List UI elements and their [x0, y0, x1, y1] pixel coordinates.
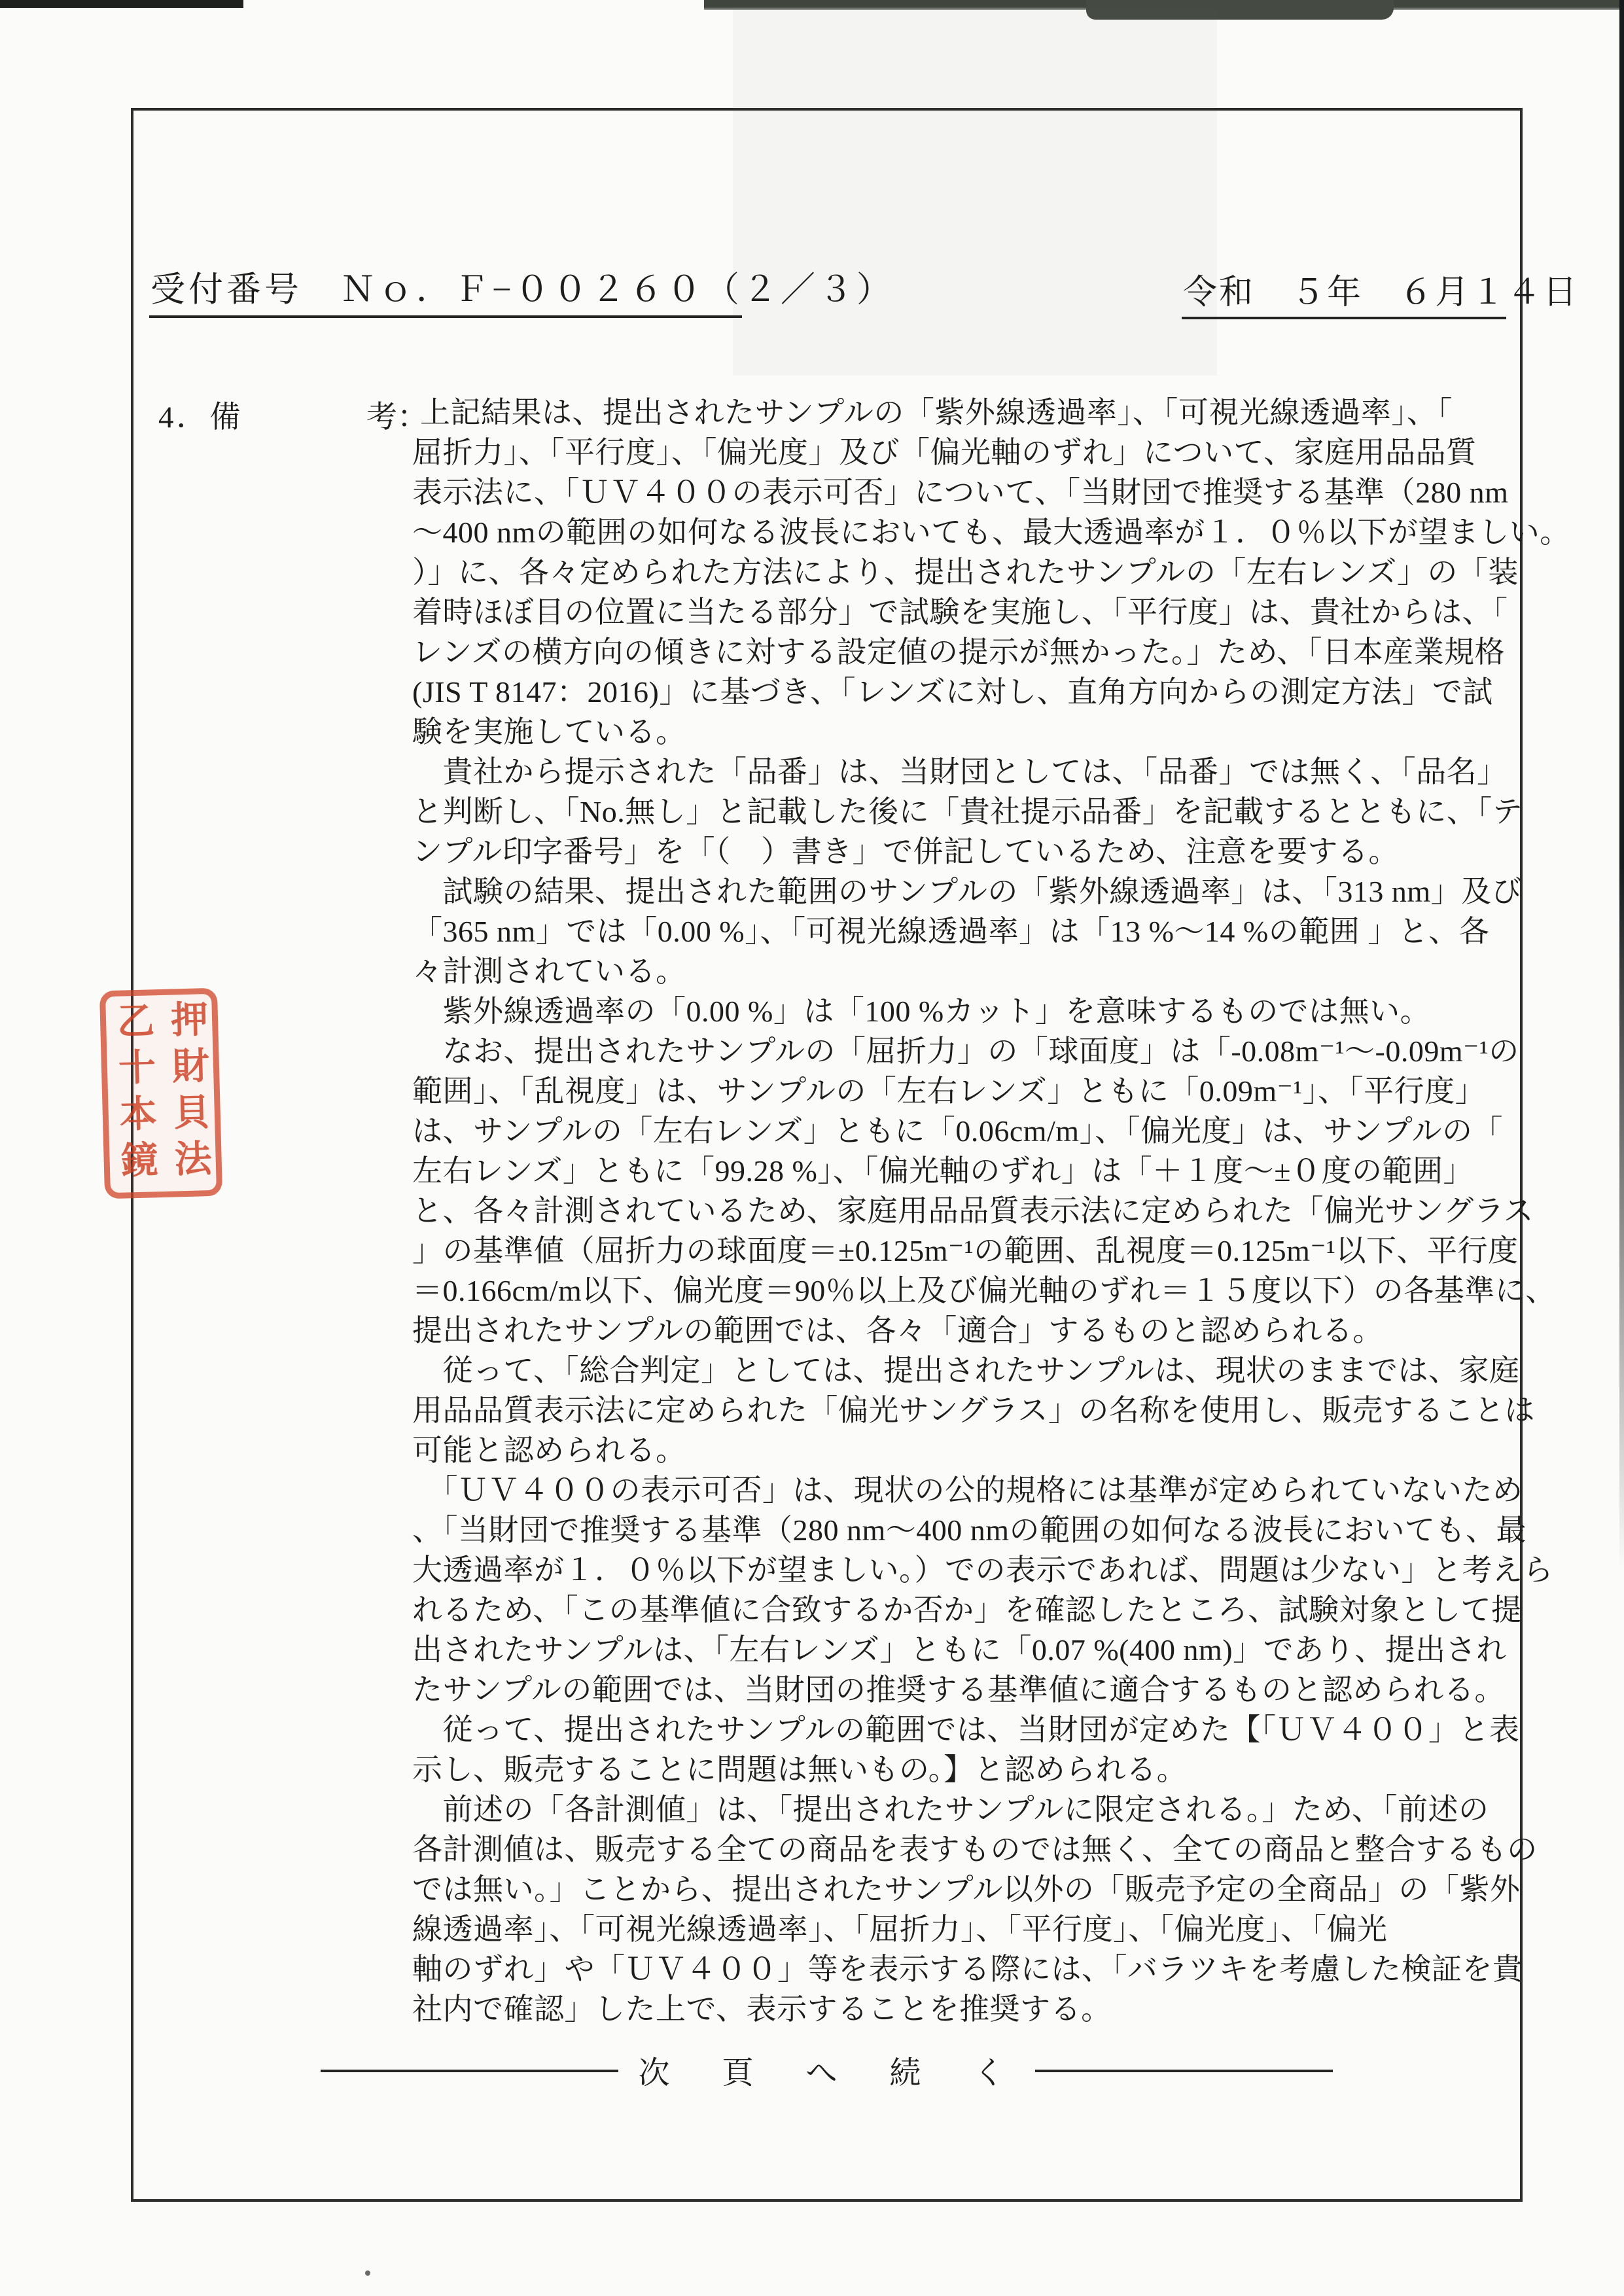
body-text-line: 大透過率が１．０％以下が望ましい。）での表示であれば、問題は少ない」と考えら [412, 1550, 1521, 1590]
reception-number-underline [149, 315, 742, 318]
body-text-line: ンプル印字番号」を「（ ）書き」で併記しているため、注意を要する。 [412, 832, 1521, 872]
body-text-line: 屈折力」、「平行度」、「偏光度」及び「偏光軸のずれ」について、家庭用品品質 [412, 433, 1521, 472]
body-text-line: ～400 nmの範囲の如何なる波長においても、最大透過率が１．０％以下が望ましい… [412, 512, 1521, 552]
footer-rule-left [321, 2070, 618, 2072]
footer-continuation: 次 頁 へ 続 く [131, 2048, 1523, 2094]
body-text-line: れるため、「この基準値に合致するか否か」を確認したところ、試験対象として提 [412, 1590, 1521, 1630]
body-text-line: 提出されたサンプルの範囲では、各々「適合」するものと認められる。 [412, 1311, 1521, 1351]
body-text-line: 貴社から提示された「品番」は、当財団としては、「品番」では無く、「品名」 [412, 752, 1521, 792]
scanned-test-report-page: { "page": { "header": { "left": "受付番号 Ｎｏ… [0, 0, 1624, 2296]
body-text-line: なお、提出されたサンプルの「屈折力」の「球面度」は「-0.08m⁻¹～-0.09… [412, 1031, 1521, 1071]
scan-artifact-right-edge-line [1619, 0, 1624, 1570]
body-text-line: 示し、販売することに問題は無いもの。】と認められる。 [412, 1750, 1521, 1790]
reception-number: 受付番号 Ｎｏ．Ｆ−００２６０（２／３） [150, 262, 894, 311]
document-date-underline [1182, 317, 1506, 319]
body-text-line: 範囲」、「乱視度」は、サンプルの「左右レンズ」ともに「0.09m⁻¹」、「平行度… [412, 1071, 1521, 1111]
document-date: 令和 ５年 ６月１４日 [1183, 264, 1579, 313]
body-text-line: (JIS T 8147：2016)」に基づき、「レンズに対し、直角方向からの測定… [412, 672, 1521, 712]
red-seal-stamp: 押財貝法 乙十本鏡 [99, 988, 222, 1199]
body-text-line: 可能と認められる。 [412, 1430, 1521, 1470]
body-text-line: 紫外線透過率の「0.00 %」は「100 %カット」を意味するものでは無い。 [412, 991, 1521, 1031]
body-text-line: レンズの横方向の傾きに対する設定値の提示が無かった。」ため、「日本産業規格 [412, 632, 1521, 672]
body-text-line: 前述の「各計測値」は、「提出されたサンプルに限定される。」ため、「前述の [412, 1790, 1521, 1829]
footer-continue-text: 次 頁 へ 続 く [638, 2047, 1015, 2093]
scan-artifact-top-left-band [0, 0, 243, 8]
body-text-line: 試験の結果、提出された範囲のサンプルの「紫外線透過率」は、「313 nm」及び [412, 872, 1521, 911]
red-seal-glyph-column-left: 乙十本鏡 [113, 1000, 155, 1187]
body-text-line: 左右レンズ」ともに「99.28 %」、「偏光軸のずれ」は「＋１度～±０度の範囲」 [412, 1151, 1521, 1191]
red-seal-glyphs: 押財貝法 乙十本鏡 [99, 988, 222, 1199]
body-text-line: 社内で確認」した上で、表示することを推奨する。 [412, 1989, 1521, 2029]
body-text-line: たサンプルの範囲では、当財団の推奨する基準値に適合するものと認められる。 [412, 1670, 1521, 1710]
body-text-line: では無い。」ことから、提出されたサンプル以外の「販売予定の全商品」の「紫外 [412, 1869, 1521, 1909]
body-text-line: と判断し、「No.無し」と記載した後に「貴社提示品番」を記載するとともに、「テ [412, 792, 1521, 832]
scan-speck [365, 2270, 370, 2276]
body-text-line: は、サンプルの「左右レンズ」ともに「0.06cm/m」、「偏光度」は、サンプルの… [412, 1111, 1521, 1151]
remarks-body-text: 上記結果は、提出されたサンプルの「紫外線透過率」、「可視光線透過率」、「屈折力」… [412, 393, 1521, 2029]
body-text-line: 上記結果は、提出されたサンプルの「紫外線透過率」、「可視光線透過率」、「 [412, 393, 1521, 433]
body-text-line: ＝0.166cm/m以下、偏光度＝90％以上及び偏光軸のずれ＝１５度以下）の各基… [412, 1271, 1521, 1311]
body-text-line: 」の基準値（屈折力の球面度＝±0.125m⁻¹の範囲、乱視度＝0.125m⁻¹以… [412, 1231, 1521, 1271]
body-text-line: 表示法に、「ＵＶ４００の表示可否」について、「当財団で推奨する基準（280 nm [412, 472, 1521, 512]
body-text-line: 各計測値は、販売する全ての商品を表すものでは無く、全ての商品と整合するもの [412, 1829, 1521, 1869]
body-text-line: 々計測されている。 [412, 951, 1521, 991]
body-text-line: 着時ほぼ目の位置に当たる部分」で試験を実施し、「平行度」は、貴社からは、「 [412, 592, 1521, 632]
footer-rule-right [1035, 2070, 1333, 2072]
body-text-line: 従って、提出されたサンプルの範囲では、当財団が定めた【「ＵＶ４００」と表 [412, 1710, 1521, 1750]
body-text-line: と、各々計測されているため、家庭用品品質表示法に定められた「偏光サングラス [412, 1191, 1521, 1231]
body-text-line: 用品品質表示法に定められた「偏光サングラス」の名称を使用し、販売することは [412, 1390, 1521, 1430]
body-text-line: 軸のずれ」や「ＵＶ４００」等を表示する際には、「バラツキを考慮した検証を貴 [412, 1949, 1521, 1989]
body-text-line: 「ＵＶ４００の表示可否」は、現状の公的規格には基準が定められていないため [412, 1470, 1521, 1510]
body-text-line: 従って、「総合判定」としては、提出されたサンプルは、現状のままでは、家庭 [412, 1351, 1521, 1390]
body-text-line: 験を実施している。 [412, 712, 1521, 752]
section-number-label: 4．備 [158, 393, 243, 436]
body-text-line: 「365 nm」では「0.00 %」、「可視光線透過率」は「13 %～14 %の… [412, 911, 1521, 951]
body-text-line: ）」に、各々定められた方法により、提出されたサンプルの「左右レンズ」の「装 [412, 552, 1521, 592]
body-text-line: 、「当財団で推奨する基準（280 nm～400 nmの範囲の如何なる波長において… [412, 1510, 1521, 1550]
body-text-line: 出されたサンプルは、「左右レンズ」ともに「0.07 %(400 nm)」であり、… [412, 1630, 1521, 1670]
body-text-line: 線透過率」、「可視光線透過率」、「屈折力」、「平行度」、「偏光度」、「偏光 [412, 1909, 1521, 1949]
red-seal-glyph-column-right: 押財貝法 [167, 999, 209, 1186]
